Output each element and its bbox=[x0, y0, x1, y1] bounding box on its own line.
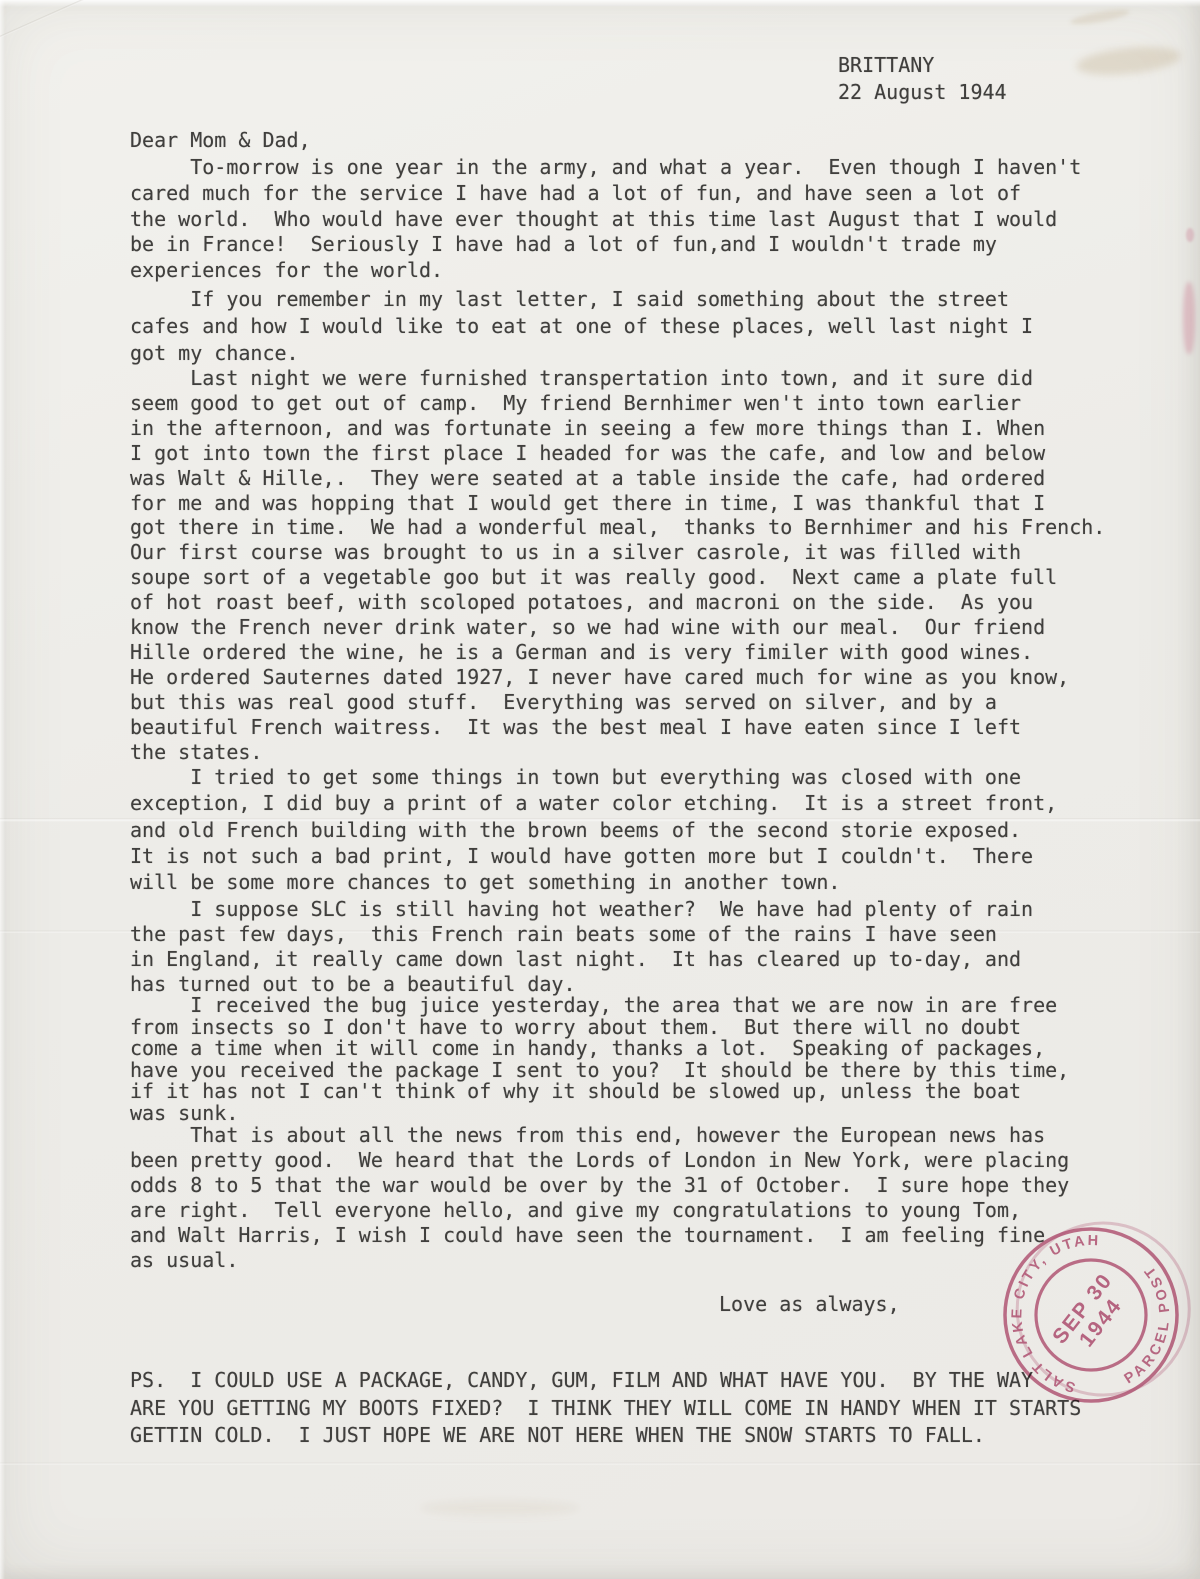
paper-stain bbox=[1075, 43, 1182, 80]
paragraph-1: To-morrow is one year in the army, and w… bbox=[130, 155, 1192, 284]
paper-stain bbox=[1070, 7, 1131, 27]
paper-stain bbox=[420, 1500, 580, 1516]
paragraph-2: If you remember in my last letter, I sai… bbox=[130, 286, 1192, 367]
paper-crease bbox=[0, 0, 104, 48]
paragraph-5: I suppose SLC is still having hot weathe… bbox=[130, 897, 1192, 997]
paragraph-6: I received the bug juice yesterday, the … bbox=[130, 995, 1192, 1125]
scan-edge bbox=[0, 0, 1200, 7]
letter-page: BRITTANY 22 August 1944 Dear Mom & Dad, … bbox=[0, 0, 1200, 1579]
salutation: Dear Mom & Dad, bbox=[130, 128, 311, 152]
paragraph-3: Last night we were furnished transpertat… bbox=[130, 366, 1192, 765]
letter-date: 22 August 1944 bbox=[838, 80, 1007, 104]
postmark-parcel-post-text: PARCEL POST bbox=[1120, 1259, 1183, 1393]
paragraph-4: I tried to get some things in town but e… bbox=[130, 764, 1192, 895]
postmark-stamp: SALT LAKE CITY, UTAH PARCEL POST SEP 30 … bbox=[976, 1200, 1200, 1430]
scan-edge bbox=[0, 0, 5, 1579]
paper-crease bbox=[0, 1462, 1200, 1465]
closing: Love as always, bbox=[719, 1292, 900, 1316]
letter-location: BRITTANY bbox=[838, 53, 934, 77]
